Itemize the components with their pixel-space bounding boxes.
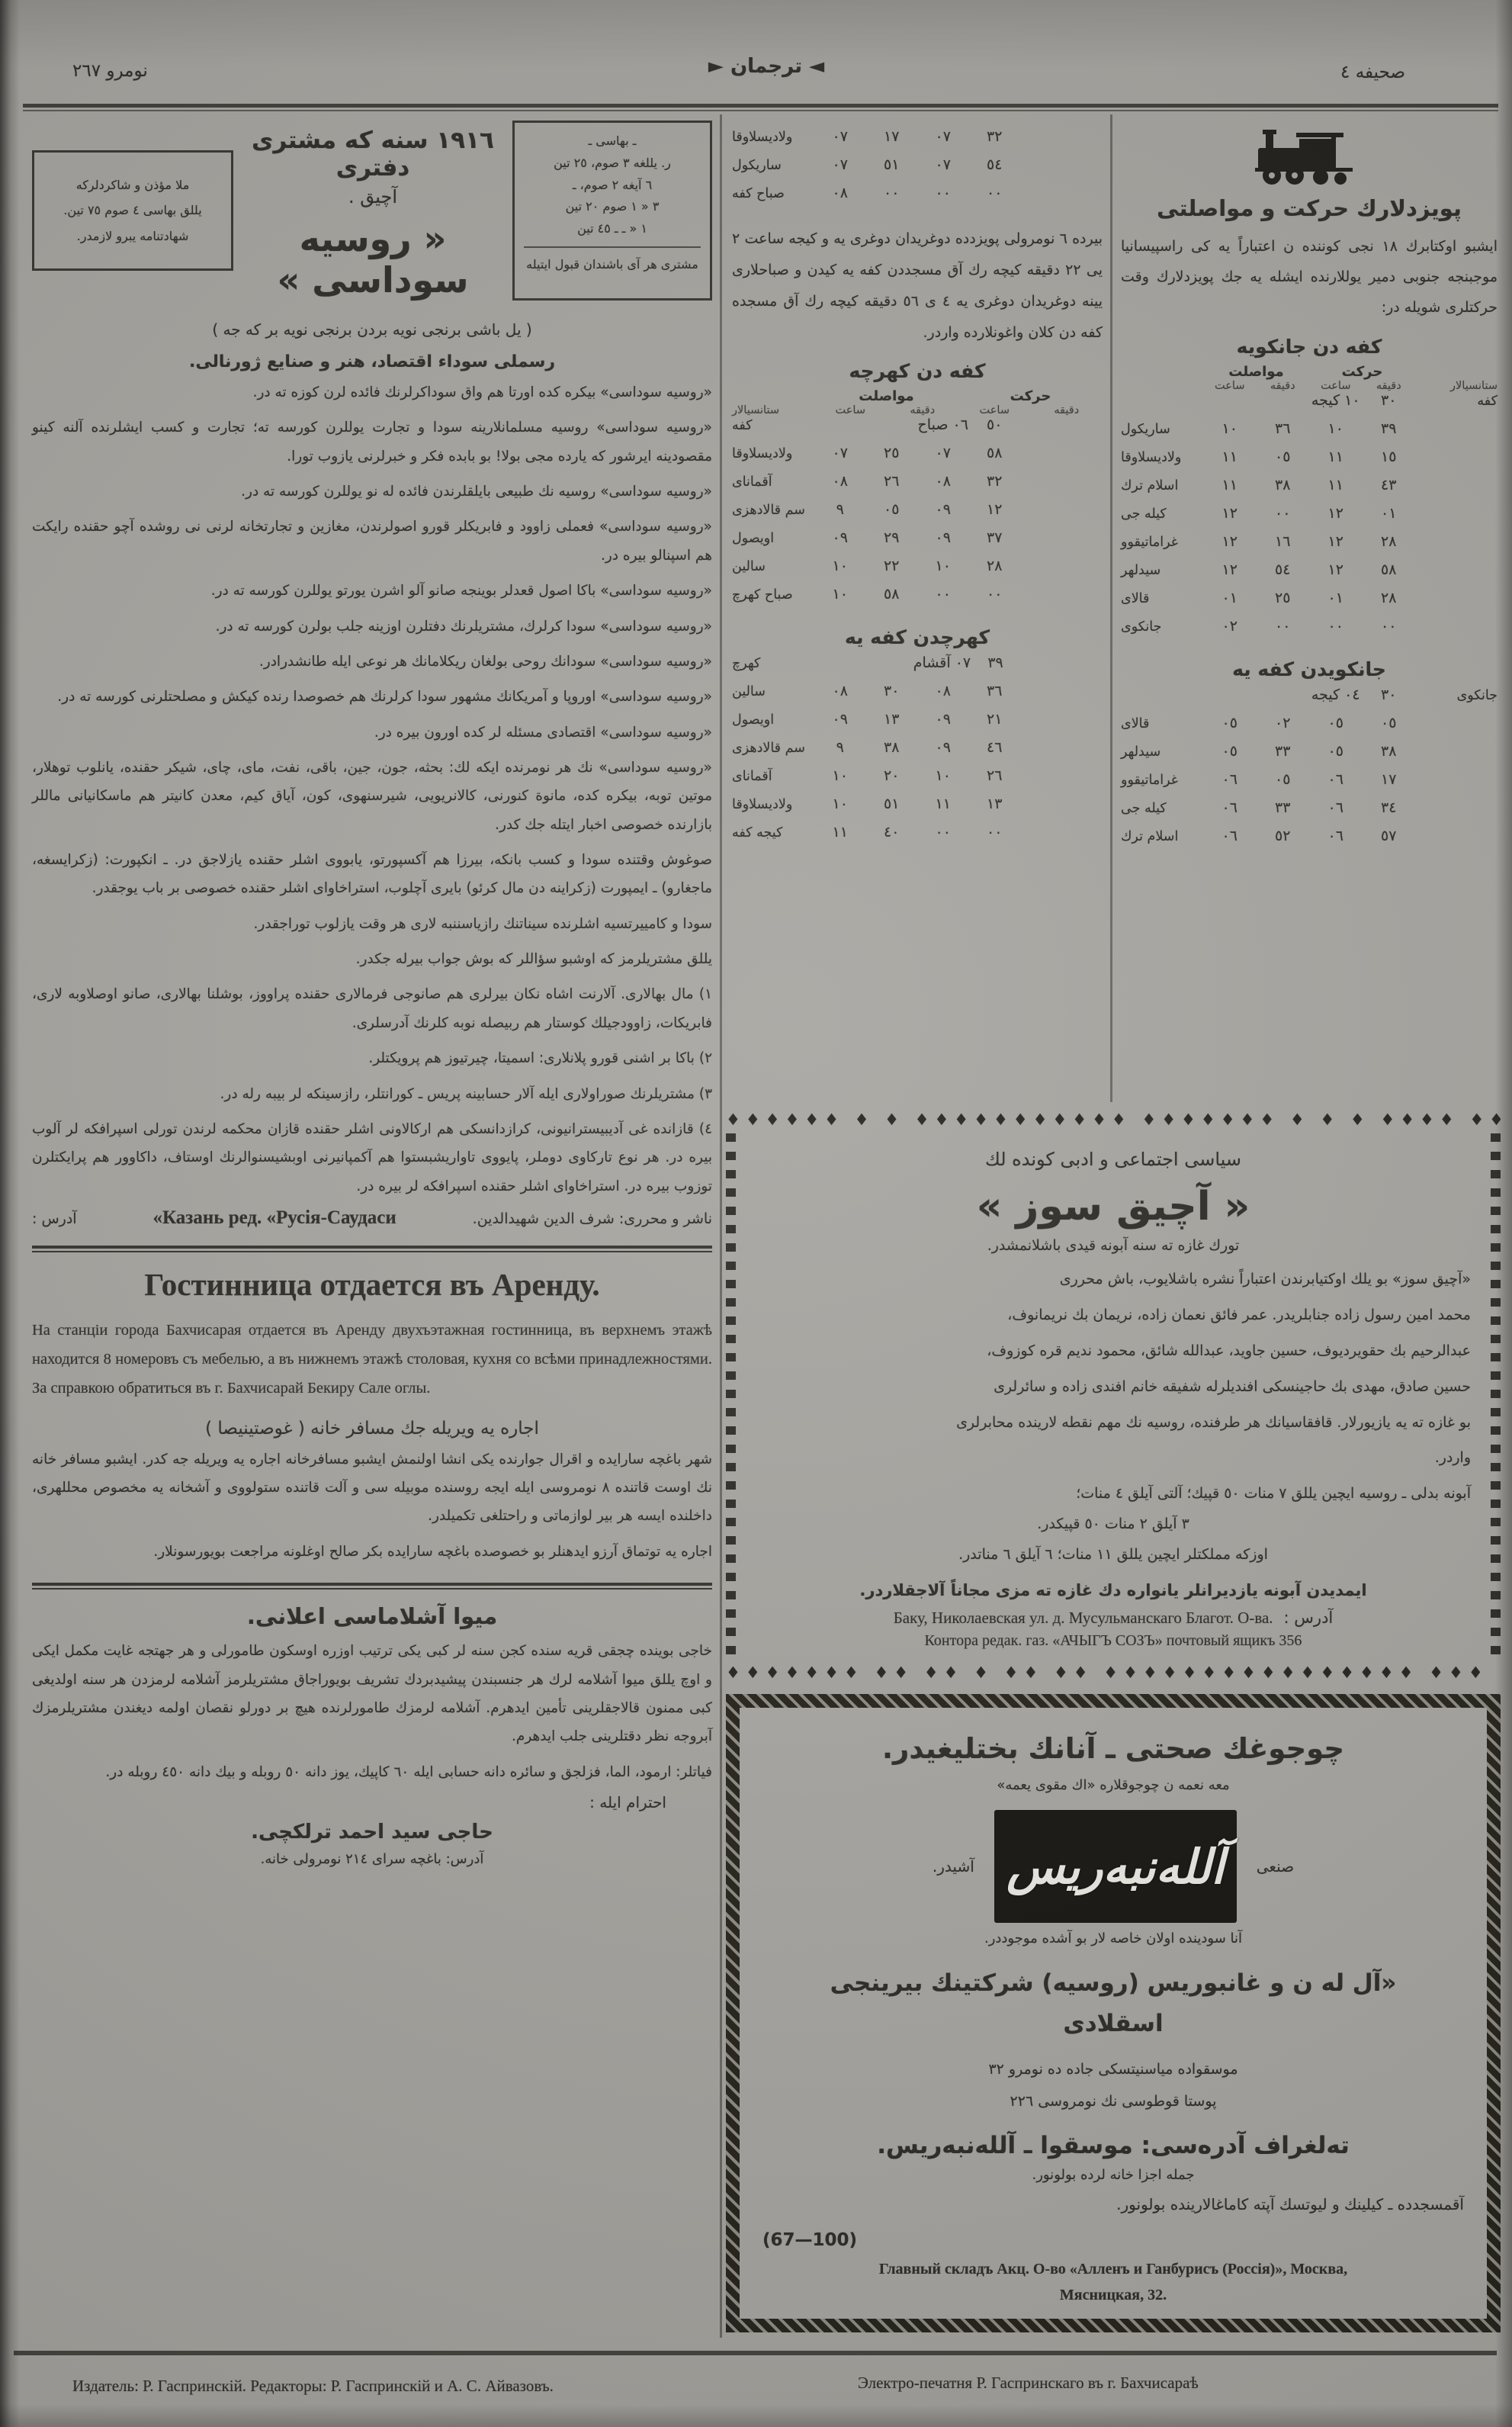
departure-hour: ١١: [1309, 448, 1363, 465]
arrival-hour: ٠٨: [814, 683, 866, 699]
diamond-divider: ♦♦♦♦♦♦♦ ♦♦ ♦♦ ♦ ♦♦ ♦♦ ♦♦♦♦♦♦♦♦♦♦♦♦♦♦♦♦ ♦…: [726, 1664, 1501, 1682]
advertiser-signature: حاجى سيد احمد ترلكچى.: [32, 1821, 712, 1844]
allenburys-address: موسقواده مياسنيتسكى جاده ده نومرو ٣٢ پوس…: [762, 2054, 1464, 2118]
departure-minute: ١٧: [1363, 771, 1416, 788]
hour-label: ساعت: [1203, 380, 1257, 392]
respect-label: احترام ايله :: [589, 1793, 666, 1811]
station-name: آقماناى: [732, 474, 814, 490]
departure-minute: ٣٠: [1363, 392, 1416, 409]
right-column: پويزدلارك حركت و مواصلتى ايشبو اوكتابرك …: [1121, 121, 1498, 856]
departure-hour: ٠٥: [1309, 743, 1363, 760]
timetable-row: ولاديسلاوقا ٠٧ ١٧ ٠٧ ٣٢: [732, 128, 1103, 156]
price-line: ر. يللغه ٣ صوم، ٢٥ تين: [524, 153, 701, 175]
minute-label: دقيقه: [1031, 404, 1103, 416]
station-name: ولاديسلاوقا: [732, 446, 814, 461]
arrival-minute: ٣٦: [1257, 420, 1310, 437]
warehouse-line-2: Мясницкая, 32.: [762, 2282, 1464, 2308]
timetable-row: قالاى ٠١ ٢٥ ٠١ ٢٨: [1121, 590, 1498, 618]
body-paragraph: «روسيه سوداسى» باكا اصول قعدلر بوينجه صا…: [32, 577, 712, 605]
subscription-price-line-1: آبونه بدلى ـ روسيه ايچين يللق ٧ منات ٥٠ …: [756, 1479, 1471, 1509]
timetable-row: قالاى ٠٥ ٠٢ ٠٥ ٠٥: [1121, 715, 1498, 743]
arrival-hour: ٠٦: [1203, 771, 1257, 788]
departure-hour: ٠٩: [917, 739, 969, 756]
departure-hour: ٠٠: [1309, 618, 1363, 635]
subscription-price-line-3: اوزكه مملكتلر ايچين يللق ١١ منات؛ ٦ آيلق…: [756, 1540, 1471, 1570]
body-paragraph: «روسيه سوداسى» سودا كرلرك، مشتريلرنك دفت…: [32, 612, 712, 641]
kazan-address-row: ناشر و محررى: شرف الدين شهيدالدين. Казан…: [32, 1207, 712, 1229]
timetable-row: سيدلهر ٠٥ ٣٣ ٠٥ ٣٨: [1121, 743, 1498, 771]
company-line-2: اسقلادى: [762, 2004, 1464, 2044]
kazan-arabic-note: ناشر و محررى: شرف الدين شهيدالدين.: [473, 1210, 712, 1227]
departure-minute: ٣٢: [969, 473, 1021, 490]
station-name: سالين: [732, 684, 814, 699]
departure-minute: ٠٥: [1363, 715, 1416, 731]
acik-soz-kicker: سياسى اجتماعى و ادبى كونده لك: [756, 1149, 1471, 1170]
departure-hour: ٠٦: [1309, 799, 1363, 816]
minute-label: دقيقه: [1363, 380, 1416, 392]
acik-soz-paragraphs: «آچيق سوز» بو يلك اوكتيابرندن اعتباراً ن…: [756, 1265, 1471, 1474]
departure-minute: ٠٠: [1363, 618, 1416, 635]
allenburys-headline: چوجوغك صحتى ـ آنانك بختليغيدر.: [762, 1732, 1464, 1765]
arrival-hour: ١١: [1203, 477, 1257, 493]
body-paragraph: «روسيه سوداسى» اوروپا و آمريكانك مشهور س…: [32, 683, 712, 711]
timetable-rows: ١٠ كيجه ٣٠ كفه ساريكول ١٠ ٣٦ ١٠ ٣٩ ولادي…: [1121, 392, 1498, 646]
timetable-1-heading: كفه دن جانكويه: [1121, 336, 1498, 358]
station-name: كفه: [1415, 394, 1498, 409]
arrival-minute: ٤٠: [866, 824, 918, 841]
acik-soz-subtitle: تورك غازه ته سنه آبونه قيدى باشلانمشدر.: [756, 1237, 1471, 1254]
section-rule: [32, 1583, 712, 1590]
publisher-line: Издатель: Р. Гаспринскій. Редакторы: Р. …: [72, 2377, 554, 2396]
timetable-row: ولاديسلاوقا ١١ ٠٥ ١١ ١٥: [1121, 448, 1498, 477]
departure-hour: ١٠ كيجه: [1309, 392, 1363, 409]
arrival-hour: ١١: [814, 824, 866, 841]
minute-label: دقيقه: [887, 404, 959, 416]
timetable-group-header: مواصلت حركت: [732, 388, 1103, 404]
logo-caption-right: صنعى: [1257, 1857, 1294, 1876]
fruit-ad-paragraphs: خاجى بوينده چجقى قريه سنده كجن سنه لر كب…: [32, 1637, 712, 1786]
departure-header: حركت: [958, 388, 1103, 404]
body-paragraph: عبدالرحيم بك حقويرديوف، حسين جاويد، عبدا…: [756, 1336, 1471, 1367]
timetable-subheader: ستانسيالار ساعت دقيقه ساعت دقيقه: [732, 404, 1103, 416]
arrival-hour: ٠٩: [814, 711, 866, 728]
station-name: اسلام ترك: [1121, 829, 1203, 844]
station-name: قالاى: [1121, 716, 1203, 731]
mulla-box-line: شهادتنامه يبرو لازمدر.: [45, 223, 220, 249]
timetable-row: سيدلهر ١٢ ٥٤ ١٢ ٥٨: [1121, 561, 1498, 590]
arrival-hour: ١١: [1203, 448, 1257, 465]
acik-soz-title: « آچيق سوز »: [756, 1184, 1471, 1230]
diamond-border-left: [1491, 1133, 1501, 1660]
arrival-minute: ٠٠: [1257, 618, 1310, 635]
timetable-row: اسلام ترك ١١ ٣٨ ١١ ٤٣: [1121, 477, 1498, 505]
arrival-hour: ٠٥: [1203, 743, 1257, 760]
departure-minute: ٥٨: [969, 445, 1021, 461]
advertiser-address: آدرس: باغچه سراى ٢١٤ نومرولى خانه.: [32, 1851, 712, 1867]
subscription-price-line-2: ٣ آيلق ٢ منات ٥٠ قپيكدر.: [756, 1509, 1471, 1540]
price-box-note: مشترى هر آى باشندان قبول ايتيله: [524, 254, 701, 276]
departure-hour: ٠٧ آقشام: [913, 654, 971, 671]
arrival-hour: ١٠: [814, 558, 866, 574]
page-number-label: صحيفه ٤: [1340, 63, 1405, 82]
address-label: آدرس :: [32, 1210, 77, 1227]
timetable-row: كيله جى ٠٦ ٣٣ ٠٦ ٣٤: [1121, 799, 1498, 828]
body-paragraph: «روسيه سوداسى» روسيه مسلمانلارينه سودا و…: [32, 413, 712, 471]
timetable-row: غراماتيقوو ٠٦ ٠٥ ٠٦ ١٧: [1121, 771, 1498, 799]
timetable-rows: كهرچ ٠٧ آقشام ٣٩ سالين ٠٨ ٣٠ ٠٨ ٣٦: [732, 654, 1103, 852]
departure-minute: ٣٢: [969, 128, 1021, 145]
arrival-hour: ٠٧: [814, 156, 866, 173]
left-column: ـ بهاسى ـ ر. يللغه ٣ صوم، ٢٥ تين٦ آيغه ٢…: [32, 121, 712, 1867]
departure-minute: ٤٦: [969, 739, 1021, 756]
arrival-hour: ١٠: [814, 586, 866, 603]
departure-minute: ٢١: [969, 711, 1021, 728]
arrival-header: مواصلت: [1203, 364, 1309, 380]
body-paragraph: خاجى بوينده چجقى قريه سنده كجن سنه لر كب…: [32, 1637, 712, 1750]
body-paragraph: محمد امين رسول زاده جنابلريدر. عمر فائق …: [756, 1300, 1471, 1331]
body-paragraph: صوغوش وقتنده سودا و كسب بانكه، بيرزا هم …: [32, 846, 712, 903]
body-paragraph: «روسيه سوداسى» نك هر نومرنده ايكه لك: بح…: [32, 754, 712, 839]
arrival-hour: ٠٢: [1203, 618, 1257, 635]
arrival-minute: ٥٨: [866, 586, 918, 603]
warehouse-line-ru: Главный складъ Акц. О-во «Алленъ и Ганбу…: [762, 2256, 1464, 2308]
bottom-ads-section: ♦♦♦♦♦♦ ♦ ♦ ♦♦♦♦♦♦♦♦♦♦♦ ♦♦♦♦♦♦♦ ♦ ♦ ♦ ♦♦♦…: [726, 1107, 1501, 2332]
company-line-1: «آل له ن و غانبوريس (روسيه) شركتينك بيري…: [762, 1963, 1464, 2004]
station-name: صباح كهرچ: [732, 587, 814, 603]
departure-minute: ٢٦: [969, 767, 1021, 784]
footer-rule: [14, 2351, 1497, 2355]
price-box: ـ بهاسى ـ ر. يللغه ٣ صوم، ٢٥ تين٦ آيغه ٢…: [512, 121, 712, 301]
departure-minute: ٠٠: [969, 824, 1021, 841]
arrival-minute: ٢٩: [866, 529, 918, 546]
journal-subtitle: رسملى سوداء اقتصاد، هنر و صنايع ژورنالى.: [32, 352, 712, 371]
station-name: سيدلهر: [1121, 744, 1203, 760]
body-paragraph: ١) مال بهالارى. آلارنت اشاه نكان بيرلرى …: [32, 980, 712, 1037]
body-paragraph: ٤) قازانده غى آديبيسترانيونى، كرازدانسكى…: [32, 1115, 712, 1201]
arrival-minute: ٥١: [866, 796, 918, 812]
arrival-minute: ٢٢: [866, 558, 918, 574]
arrival-minute: ٠٥: [1257, 448, 1310, 465]
arrival-minute: ٥٤: [1257, 561, 1310, 578]
address-line-2: پوستا قوطوسى نك نومروسى ٢٢٦: [762, 2086, 1464, 2118]
allenburys-ad: چوجوغك صحتى ـ آنانك بختليغيدر. معه نعمه …: [726, 1694, 1501, 2332]
station-name: سم قالادهزى: [732, 503, 814, 518]
arrival-minute: ٥١: [866, 156, 918, 173]
timetable-row: ساريكول ٠٧ ٥١ ٠٧ ٥٤: [732, 156, 1103, 185]
arrival-minute: ٠٥: [866, 501, 918, 518]
departure-minute: ٢٨: [1363, 533, 1416, 550]
arrival-hour: ٠٦: [1203, 799, 1257, 816]
departure-hour: ٠١: [1309, 590, 1363, 606]
body-paragraph: ٢) باكا بر اشنى قورو پلانلارى: اسميتا، چ…: [32, 1044, 712, 1072]
minute-label: دقيقه: [1257, 380, 1310, 392]
masthead-title: ◄ ترجمان ►: [690, 55, 843, 78]
station-name: ولاديسلاوقا: [732, 797, 814, 812]
station-name: آقماناى: [732, 769, 814, 784]
departure-minute: ٤٣: [1363, 477, 1416, 493]
arrival-hour: ٠١: [1203, 590, 1257, 606]
issue-number-label: نومرو ٢٦٧: [72, 61, 148, 81]
arrival-minute: ٢٥: [1257, 590, 1310, 606]
middle-column: ولاديسلاوقا ٠٧ ١٧ ٠٧ ٣٢ ساريكول ٠٧ ٥١ ٠٧…: [732, 128, 1103, 852]
timetable-rows: ٠٤ كيجه ٣٠ جانكوى قالاى ٠٥ ٠٢ ٠٥ ٠٥ سيدل…: [1121, 686, 1498, 856]
body-paragraph: «روسيه سوداسى» سودانك روحى بولغان ريكلام…: [32, 648, 712, 676]
warehouse-line-1: Главный складъ Акц. О-во «Алленъ и Ганбу…: [762, 2256, 1464, 2282]
kazan-redaction-label: Казань ред. «Русія-Саудаси»: [152, 1207, 396, 1229]
timetable-row: غراماتيقوو ١٢ ١٦ ١٢ ٢٨: [1121, 533, 1498, 561]
price-line: ٣ « ١ صوم ٢٠ تين: [524, 196, 701, 218]
timetable-4-heading: كهرچدن كفه يه: [732, 626, 1103, 648]
timetable-group-header: مواصلت حركت: [1121, 364, 1498, 380]
departure-minute: ٢٨: [1363, 590, 1416, 606]
departure-hour: ٠٠: [917, 824, 969, 841]
availability-note-1: جمله اجزا خانه لرده بولونور.: [762, 2167, 1464, 2183]
arrival-minute: ٣٠: [866, 683, 918, 699]
departure-minute: ٥٠: [969, 416, 1021, 433]
rusya-sevdasi-title-block: ١٩١٦ سنه كه مشترى دفترى آچيق . « روسيه س…: [244, 121, 502, 301]
hour-label: ساعت: [1309, 380, 1363, 392]
departure-hour: ٠٦: [1309, 828, 1363, 844]
arrival-minute: ٠٠: [866, 185, 918, 201]
hotel-ad-arabic-paragraphs: شهر باغچه سارايده و اقرال جوارنده يكى ان…: [32, 1445, 712, 1566]
body-paragraph: يللق مشتريلرمز كه اوشبو سؤاللر كه بوش جو…: [32, 945, 712, 973]
arrival-minute: ١٦: [1257, 533, 1310, 550]
departure-minute: ١٢: [969, 501, 1021, 518]
arrival-hour: ١٠: [1203, 420, 1257, 437]
arrival-hour: ١٢: [1203, 561, 1257, 578]
diamond-divider: ♦♦♦♦♦♦ ♦ ♦ ♦♦♦♦♦♦♦♦♦♦♦ ♦♦♦♦♦♦♦ ♦ ♦ ♦ ♦♦♦…: [726, 1111, 1501, 1129]
station-name: كيله جى: [1121, 801, 1203, 816]
departure-minute: ٠٠: [969, 586, 1021, 603]
departure-minute: ٥٨: [1363, 561, 1416, 578]
departure-minute: ٠٠: [969, 185, 1021, 201]
subscription-promo-line: ايمديدن آبونه يازديرانلر يانواره دك غازه…: [756, 1581, 1471, 1599]
station-name: ساريكول: [732, 158, 814, 173]
timetable-row: ٠٤ كيجه ٣٠ جانكوى: [1121, 686, 1498, 715]
body-paragraph: «روسيه سوداسى» روسيه نك طبيعى بايلقلرندن…: [32, 477, 712, 506]
telegraph-address: تەلغراف آدرەسى: موسقوا ـ آللەنبەريس.: [762, 2132, 1464, 2159]
timetable-row: كهرچ ٠٧ آقشام ٣٩: [732, 654, 1103, 683]
timetable-row: جانكوى ٠٢ ٠٠ ٠٠ ٠٠: [1121, 618, 1498, 646]
price-box-title: ـ بهاسى ـ: [524, 130, 701, 153]
body-paragraph: شهر باغچه سارايده و اقرال جوارنده يكى ان…: [32, 1445, 712, 1531]
section-rule: [32, 1246, 712, 1252]
arrival-minute: ٢٥: [866, 445, 918, 461]
arrival-hour: ١٠: [814, 796, 866, 812]
departure-minute: ٥٧: [1363, 828, 1416, 844]
departure-hour: ١١: [1309, 477, 1363, 493]
departure-hour: ٠٧: [917, 156, 969, 173]
arrival-minute: ١٧: [866, 128, 918, 145]
allenburys-logo: آللەنبەريس: [994, 1810, 1237, 1923]
printer-line: Электро-печатня Р. Гаспринскаго въ г. Ба…: [858, 2374, 1199, 2393]
masthead-row: صحيفه ٤ ◄ ترجمان ► نومرو ٢٦٧: [0, 55, 1512, 93]
fruit-ad-heading: ميوا آشلاماسى اعلانى.: [32, 1603, 712, 1629]
timetable-row: ولاديسلاوقا ١٠ ٥١ ١١ ١٣: [732, 796, 1103, 824]
station-name: سالين: [732, 559, 814, 574]
arrival-hour: ٠٦: [1203, 828, 1257, 844]
price-box-divider: [524, 246, 701, 248]
timetable-row: صباح كهرچ ١٠ ٥٨ ٠٠ ٠٠: [732, 586, 1103, 614]
station-name: سيدلهر: [1121, 563, 1203, 578]
departure-hour: ٠٩: [917, 711, 969, 728]
mulla-box: ملا مؤذن و شاكردلركهيللق بهاسى ٤ صوم ٧٥ …: [32, 150, 233, 272]
mulla-box-lines: ملا مؤذن و شاكردلركهيللق بهاسى ٤ صوم ٧٥ …: [45, 172, 220, 249]
hotel-ad-arabic-title: اجاره يه ويريله جك مسافر خانه ( غوصتينيص…: [32, 1419, 712, 1439]
arrival-minute: ٠٢: [1257, 715, 1310, 731]
railway-section-heading: پويزدلارك حركت و مواصلتى: [1121, 195, 1498, 221]
station-name: جانكوى: [1121, 619, 1203, 635]
body-paragraph: «آچيق سوز» بو يلك اوكتيابرندن اعتباراً ن…: [756, 1265, 1471, 1295]
timetable-dzhankoy-kefe-continued: ولاديسلاوقا ٠٧ ١٧ ٠٧ ٣٢ ساريكول ٠٧ ٥١ ٠٧…: [732, 128, 1103, 213]
rusya-sevdasi-ad-header: ـ بهاسى ـ ر. يللغه ٣ صوم، ٢٥ تين٦ آيغه ٢…: [32, 121, 712, 301]
address-line-1: موسقواده مياسنيتسكى جاده ده نومرو ٣٢: [762, 2054, 1464, 2086]
respect-row: احترام ايله :: [32, 1793, 712, 1811]
timetable-row: آقماناى ١٠ ٢٠ ١٠ ٢٦: [732, 767, 1103, 796]
rusya-sevdasi-title: « روسيه سوداسى »: [244, 218, 502, 301]
departure-hour: ١١: [917, 796, 969, 812]
column-divider-right: [1110, 114, 1112, 1102]
top-rule: [23, 104, 1498, 111]
departure-hour: ٠٦: [1309, 771, 1363, 788]
station-name: ولاديسلاوقا: [1121, 450, 1203, 465]
mulla-box-line: يللق بهاسى ٤ صوم ٧٥ تين.: [45, 198, 220, 223]
departure-hour: ١٠: [917, 558, 969, 574]
station-name: ولاديسلاوقا: [732, 130, 814, 145]
arrival-header: مواصلت: [814, 388, 958, 404]
railway-note: بيرده ٦ نومرولى پويزدده دوغريدان دوغرى ي…: [732, 223, 1103, 348]
timetable-kerch-kefe: كهرچ ٠٧ آقشام ٣٩ سالين ٠٨ ٣٠ ٠٨ ٣٦: [732, 654, 1103, 852]
station-name: اويصول: [732, 531, 814, 546]
timetable-dzhankoy-kefe: ٠٤ كيجه ٣٠ جانكوى قالاى ٠٥ ٠٢ ٠٥ ٠٥ سيدل…: [1121, 686, 1498, 856]
departure-hour: ١٢: [1309, 533, 1363, 550]
arrival-hour: ٩: [814, 501, 866, 518]
arrival-hour: ٠٩: [814, 529, 866, 546]
timetable-row: ولاديسلاوقا ٠٧ ٢٥ ٠٧ ٥٨: [732, 445, 1103, 473]
departure-minute: ٣٧: [969, 529, 1021, 546]
arrival-hour: ٩: [814, 739, 866, 756]
body-paragraph: اجاره يه توتماق آرزو ايدهنلر بو خصوصده ب…: [32, 1538, 712, 1566]
station-name: ساريكول: [1121, 422, 1203, 437]
timetable-row: سالين ١٠ ٢٢ ١٠ ٢٨: [732, 558, 1103, 586]
arrival-minute: ٣٨: [866, 739, 918, 756]
timetable-rows: كفه ٠٦ صباح ٥٠ ولاديسلاوقا ٠٧ ٢٥ ٠٧ ٥٨: [732, 416, 1103, 614]
departure-hour: ٠٠: [917, 185, 969, 201]
arrival-hour: ٠٧: [814, 128, 866, 145]
departure-hour: ٠٦ صباح: [917, 416, 969, 433]
arrival-hour: ٠٥: [1203, 715, 1257, 731]
acik-soz-address-ru: Баку, Николаевская ул. д. Мусульманскаго…: [894, 1609, 1273, 1628]
departure-hour: ٠٧: [917, 445, 969, 461]
departure-minute: ٣٠: [1363, 686, 1416, 703]
arrival-hour: ٠٨: [814, 185, 866, 201]
timetable-row: ساريكول ١٠ ٣٦ ١٠ ٣٩: [1121, 420, 1498, 448]
departure-minute: ٣٤: [1363, 799, 1416, 816]
arrival-minute: ٠٥: [1257, 771, 1310, 788]
body-paragraph: فياتلر: ارمود، الما، فزلجق و سائره دانه …: [32, 1758, 712, 1786]
station-name: سم قالادهزى: [732, 741, 814, 756]
arrival-minute: ٥٢: [1257, 828, 1310, 844]
station-name: اويصول: [732, 712, 814, 728]
station-name: كفه: [732, 418, 814, 433]
address-label: آدرس :: [1284, 1609, 1334, 1627]
departure-minute: ١٥: [1363, 448, 1416, 465]
arrival-hour: ١٢: [1203, 533, 1257, 550]
arrival-minute: ٢٠: [866, 767, 918, 784]
price-line: ٦ آيغه ٢ صوم، ـ: [524, 175, 701, 197]
departure-hour: ٠٩: [917, 501, 969, 518]
timetable-row: اسلام ترك ٠٦ ٥٢ ٠٦ ٥٧: [1121, 828, 1498, 856]
timetable-row: سم قالادهزى ٩ ٠٥ ٠٩ ١٢: [732, 501, 1103, 529]
departure-hour: ٠٥: [1309, 715, 1363, 731]
departure-minute: ٣٩: [1363, 420, 1416, 437]
departure-minute: ٣٩: [971, 654, 1020, 671]
allenburys-company-name: «آل له ن و غانبوريس (روسيه) شركتينك بيري…: [762, 1963, 1464, 2043]
timetable-row: سم قالادهزى ٩ ٣٨ ٠٩ ٤٦: [732, 739, 1103, 767]
departure-minute: ١٣: [969, 796, 1021, 812]
station-name: كيله جى: [1121, 506, 1203, 522]
acik-soz-ad: سياسى اجتماعى و ادبى كونده لك « آچيق سوز…: [726, 1133, 1501, 1660]
timetable-row: اويصول ٠٩ ١٣ ٠٩ ٢١: [732, 711, 1103, 739]
timetable-2-heading: جانكويدن كفه يه: [1121, 658, 1498, 680]
departure-minute: ٣٨: [1363, 743, 1416, 760]
rusya-sevdasi-paragraphs: «روسيه سوداسى» بيكره كده اورتا هم واق سو…: [32, 378, 712, 1201]
arrival-minute: ٣٣: [1257, 743, 1310, 760]
diamond-border-right: [726, 1133, 736, 1660]
ad-serial-number: (67—100): [762, 2230, 1464, 2250]
body-paragraph: حسين صادق، مهدى بك حاجينسكى افنديلرله شف…: [756, 1372, 1471, 1403]
availability-note-2: آقمسجدده ـ كيلينك و ليوتسك آپته كاماغالا…: [762, 2195, 1464, 2213]
timetable-row: كيله جى ١٢ ٠٠ ١٢ ٠١: [1121, 505, 1498, 533]
allenburys-logo-row: صنعى آللەنبەريس آشيدر.: [762, 1810, 1464, 1923]
body-paragraph: «روسيه سوداسى» اقتصادى مسئله لر كده اورو…: [32, 718, 712, 747]
hour-label: ساعت: [814, 404, 887, 416]
station-name: كهرچ: [732, 656, 814, 671]
body-paragraph: «روسيه سوداسى» فعملى زاوود و فابريكلر قو…: [32, 513, 712, 570]
stations-label: ستانسيالار: [1415, 380, 1498, 392]
season-line: ( يل باشى برنجى نويه بردن برنجى نويه بر …: [32, 320, 712, 339]
arrival-minute: ٣٨: [1257, 477, 1310, 493]
timetable-3-heading: كفه دن كهرچه: [732, 360, 1103, 382]
departure-minute: ٢٨: [969, 558, 1021, 574]
year-line: ١٩١٦ سنه كه مشترى دفترى: [244, 127, 502, 182]
departure-hour: ٠٠: [917, 586, 969, 603]
station-name: اسلام ترك: [1121, 478, 1203, 493]
departure-minute: ٣٦: [969, 683, 1021, 699]
departure-hour: ١٢: [1309, 561, 1363, 578]
arrival-hour: ٠٧: [814, 445, 866, 461]
arrival-minute: ٣٣: [1257, 799, 1310, 816]
logo-caption-left: آشيدر.: [933, 1857, 974, 1876]
arrival-minute: ٠٠: [1257, 505, 1310, 522]
departure-minute: ٥٤: [969, 156, 1021, 173]
station-name: جانكوى: [1415, 688, 1498, 703]
timetable-subheader: ساعت دقيقه ساعت دقيقه ستانسيالار: [1121, 380, 1498, 392]
arrival-hour: ٠٨: [814, 473, 866, 490]
timetable-row: كيجه كفه ١١ ٤٠ ٠٠ ٠٠: [732, 824, 1103, 852]
timetable-kefe-dzhankoy: مواصلت حركت ساعت دقيقه ساعت دقيقه ستانسي…: [1121, 364, 1498, 646]
station-name: قالاى: [1121, 591, 1203, 606]
timetable-kefe-kerch: مواصلت حركت ستانسيالار ساعت دقيقه ساعت د…: [732, 388, 1103, 614]
railway-intro: ايشبو اوكتابرك ١٨ نجى كوننده ن اعتباراً …: [1121, 232, 1498, 323]
timetable-row: كفه ٠٦ صباح ٥٠: [732, 416, 1103, 445]
timetable-row: صباح كفه ٠٨ ٠٠ ٠٠ ٠٠: [732, 185, 1103, 213]
station-name: غراماتيقوو: [1121, 773, 1203, 788]
arrival-hour: ١٢: [1203, 505, 1257, 522]
body-paragraph: سودا و كامييرتسيه اشلرنده سيناتنك رازياس…: [32, 910, 712, 938]
arrival-minute: ١٣: [866, 711, 918, 728]
body-paragraph: ٣) مشتريلرنك صوراولارى ايله آلار حسابينه…: [32, 1080, 712, 1108]
